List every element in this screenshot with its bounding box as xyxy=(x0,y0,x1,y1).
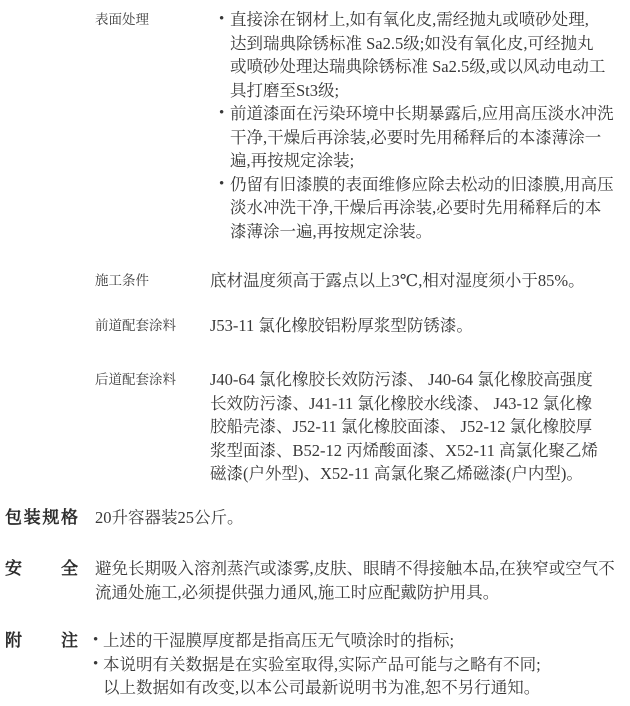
bullet-icon: • xyxy=(219,8,224,32)
section-label-subsequent-coats: 后道配套涂料 xyxy=(95,368,176,392)
text-line: 达到瑞典除锈标准 Sa2.5级;如没有氧化皮,可经抛丸 xyxy=(230,32,593,56)
bullet-icon: • xyxy=(219,102,224,126)
text-line: 干净,干燥后再涂装,必要时先用稀释后的本漆薄涂一 xyxy=(230,126,601,150)
text-line: 具打磨至St3级; xyxy=(230,79,339,103)
text-line: 浆型面漆、B52-12 丙烯酸面漆、X52-11 高氯化聚乙烯 xyxy=(210,439,598,463)
text-line: 遍,再按规定涂装; xyxy=(230,149,354,173)
text-line: 胶船壳漆、J52-11 氯化橡胶面漆、 J52-12 氯化橡胶厚 xyxy=(210,415,592,439)
text-line: •本说明有关数据是在实验室取得,实际产品可能与之略有不同; xyxy=(103,653,541,677)
text-line: J40-64 氯化橡胶长效防污漆、 J40-64 氯化橡胶高强度 xyxy=(210,368,593,392)
text-line: •上述的干湿膜厚度都是指高压无气喷涂时的指标; xyxy=(103,629,454,653)
bullet-icon: • xyxy=(93,629,98,653)
line-text: 本说明有关数据是在实验室取得,实际产品可能与之略有不同; xyxy=(103,655,541,674)
line-text: 仍留有旧漆膜的表面维修应除去松动的旧漆膜,用高压 xyxy=(230,175,614,194)
text-line: 淡水冲洗干净,干燥后再涂装,必要时先用稀释后的本 xyxy=(230,196,601,220)
text-line: J53-11 氯化橡胶铝粉厚浆型防锈漆。 xyxy=(210,314,473,338)
text-line: 底材温度须高于露点以上3℃,相对湿度须小于85%。 xyxy=(210,269,585,293)
text-line: •前道漆面在污染环境中长期暴露后,应用高压淡水冲洗 xyxy=(230,102,614,126)
text-line: 长效防污漆、J41-11 氯化橡胶水线漆、 J43-12 氯化橡 xyxy=(210,392,592,416)
text-line: 避免长期吸入溶剂蒸汽或漆雾,皮肤、眼睛不得接触本品,在狭窄或空气不 xyxy=(95,557,615,581)
text-line: 或喷砂处理达瑞典除锈标准 Sa2.5级,或以风动电动工 xyxy=(230,55,605,79)
text-line: 流通处施工,必须提供强力通风,施工时应配戴防护用具。 xyxy=(95,581,499,605)
text-line: 漆薄涂一遍,再按规定涂装。 xyxy=(230,220,432,244)
section-label-packaging: 包装规格 xyxy=(5,506,78,530)
text-line: •仍留有旧漆膜的表面维修应除去松动的旧漆膜,用高压 xyxy=(230,173,614,197)
bullet-icon: • xyxy=(219,173,224,197)
text-line: 以上数据如有改变,以本公司最新说明书为准,恕不另行通知。 xyxy=(103,676,540,700)
section-label-application-conditions: 施工条件 xyxy=(95,269,149,293)
section-label-notes: 附注 xyxy=(5,629,78,653)
text-line: 磁漆(户外型)、X52-11 高氯化聚乙烯磁漆(户内型)。 xyxy=(210,462,583,486)
text-line: •直接涂在钢材上,如有氧化皮,需经抛丸或喷砂处理, xyxy=(230,8,589,32)
section-label-surface-treatment: 表面处理 xyxy=(95,8,149,32)
line-text: 直接涂在钢材上,如有氧化皮,需经抛丸或喷砂处理, xyxy=(230,10,589,29)
text-line: 20升容器装25公斤。 xyxy=(95,506,244,530)
line-text: 上述的干湿膜厚度都是指高压无气喷涂时的指标; xyxy=(103,631,454,650)
bullet-icon: • xyxy=(93,653,98,677)
section-label-previous-coat: 前道配套涂料 xyxy=(95,314,176,338)
datasheet-page: 表面处理 •直接涂在钢材上,如有氧化皮,需经抛丸或喷砂处理, 达到瑞典除锈标准 … xyxy=(0,0,630,706)
line-text: 前道漆面在污染环境中长期暴露后,应用高压淡水冲洗 xyxy=(230,104,614,123)
section-label-safety: 安全 xyxy=(5,557,78,581)
